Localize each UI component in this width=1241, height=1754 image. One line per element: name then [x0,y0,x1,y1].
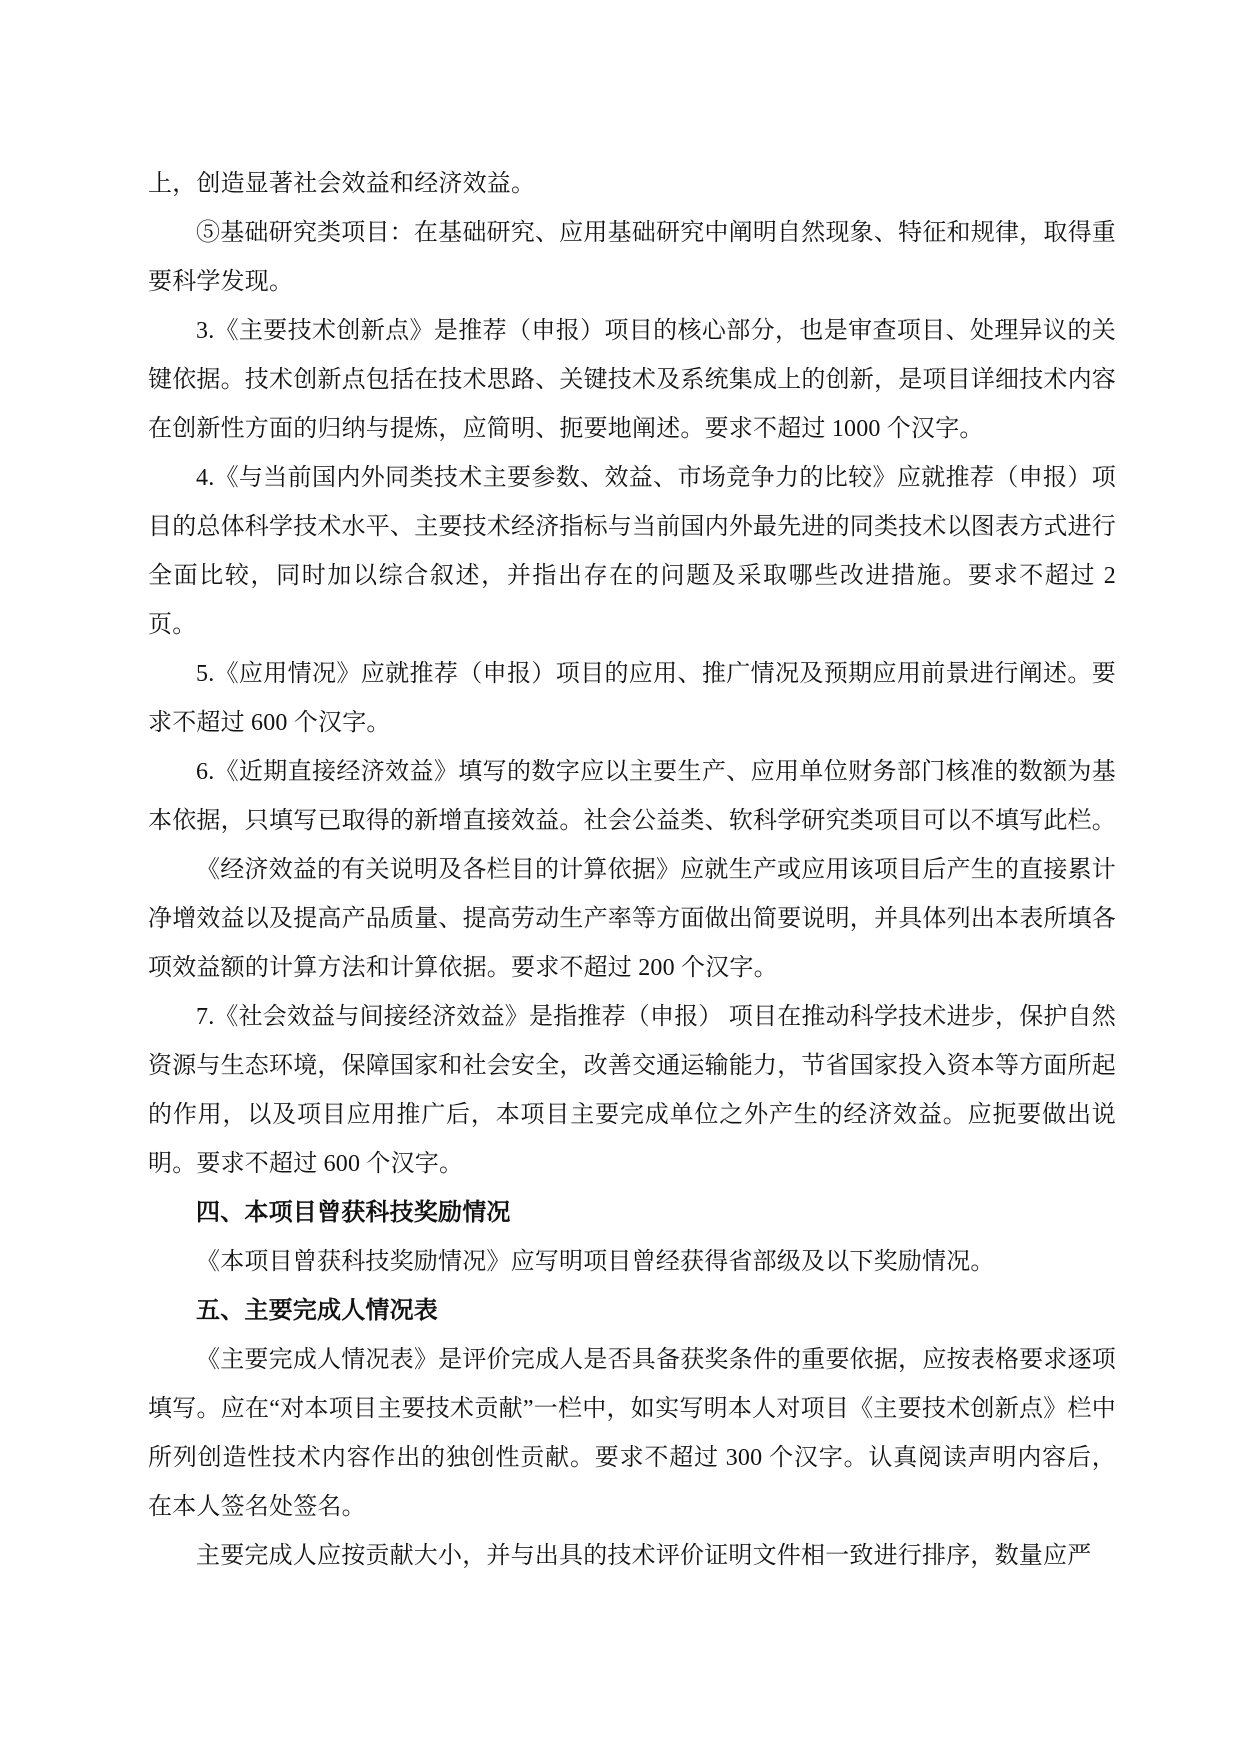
body-paragraph: 5.《应用情况》应就推荐（申报）项目的应用、推广情况及预期应用前景进行阐述。要求… [148,650,1116,748]
body-paragraph: 上，创造显著社会效益和经济效益。 [148,160,1116,209]
body-paragraph: ⑤基础研究类项目：在基础研究、应用基础研究中阐明自然现象、特征和规律，取得重要科… [148,209,1116,307]
section-heading: 五、主要完成人情况表 [148,1287,1116,1336]
body-paragraph: 6.《近期直接经济效益》填写的数字应以主要生产、应用单位财务部门核准的数额为基本… [148,748,1116,846]
body-paragraph: 《主要完成人情况表》是评价完成人是否具备获奖条件的重要依据，应按表格要求逐项填写… [148,1336,1116,1532]
body-paragraph: 主要完成人应按贡献大小，并与出具的技术评价证明文件相一致进行排序，数量应严 [148,1532,1116,1581]
body-paragraph: 4.《与当前国内外同类技术主要参数、效益、市场竞争力的比较》应就推荐（申报）项目… [148,454,1116,650]
document-page: 上，创造显著社会效益和经济效益。⑤基础研究类项目：在基础研究、应用基础研究中阐明… [0,0,1241,1754]
body-paragraph: 7.《社会效益与间接经济效益》是指推荐（申报） 项目在推动科学技术进步，保护自然… [148,993,1116,1189]
body-paragraph: 3.《主要技术创新点》是推荐（申报）项目的核心部分，也是审查项目、处理异议的关键… [148,307,1116,454]
body-paragraph: 《经济效益的有关说明及各栏目的计算依据》应就生产或应用该项目后产生的直接累计净增… [148,846,1116,993]
document-body: 上，创造显著社会效益和经济效益。⑤基础研究类项目：在基础研究、应用基础研究中阐明… [148,160,1116,1581]
body-paragraph: 《本项目曾获科技奖励情况》应写明项目曾经获得省部级及以下奖励情况。 [148,1238,1116,1287]
section-heading: 四、本项目曾获科技奖励情况 [148,1189,1116,1238]
